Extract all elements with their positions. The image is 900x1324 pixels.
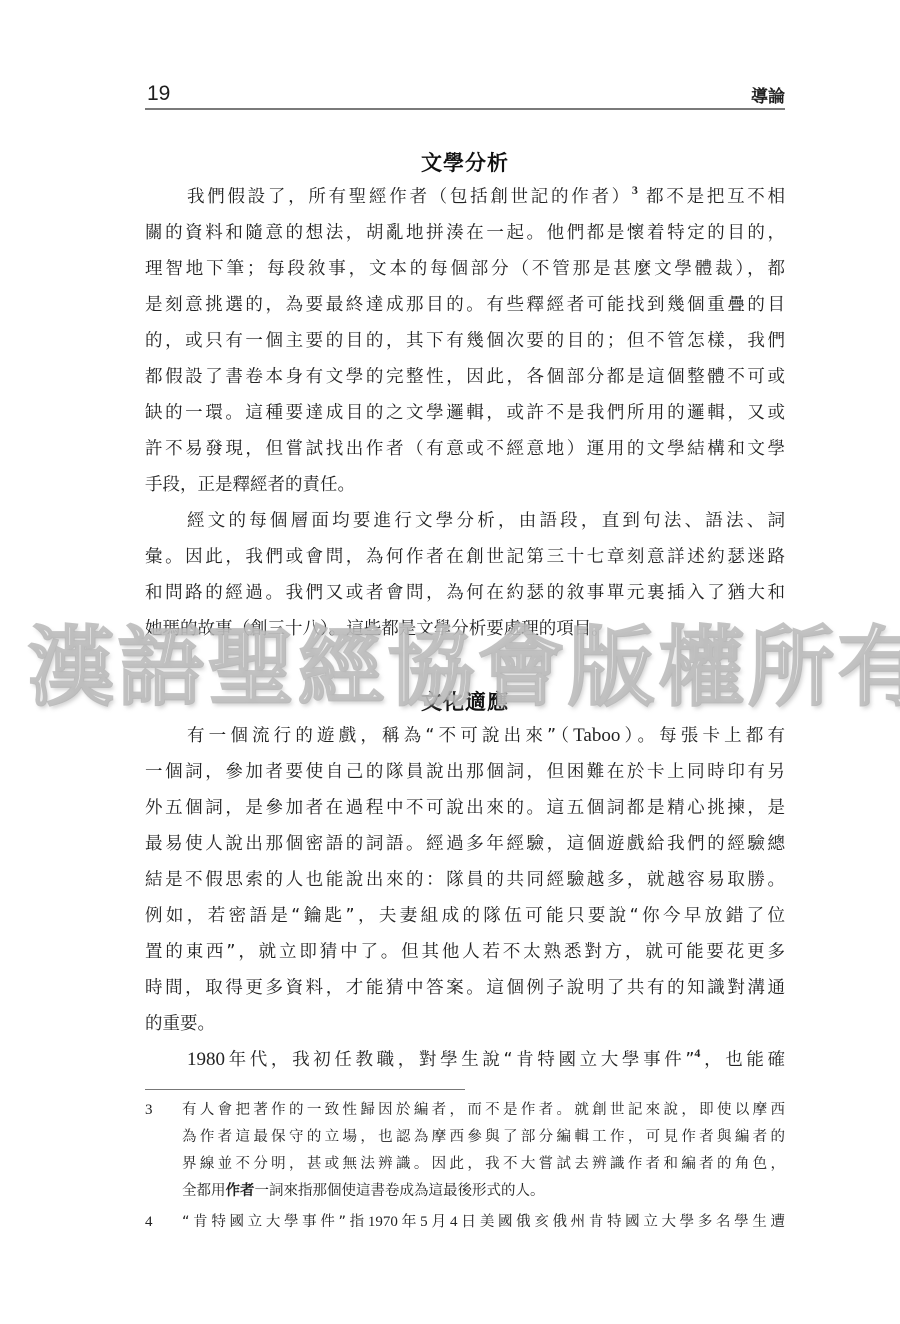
running-head: 導論 <box>751 82 785 107</box>
footnote-3: 3 有人會把著作的一致性歸因於編者，而不是作者。就創世記來說，即使以摩西 為作者… <box>145 1097 785 1205</box>
text-line: 例如，若密語是“鑰匙”，夫妻組成的隊伍可能只要說“你今早放錯了位 <box>145 898 785 934</box>
text-line: 經文的每個層面均要進行文學分析，由語段，直到句法、語法、詞 <box>145 503 785 539</box>
text-run: 全都用 <box>182 1183 226 1199</box>
text-line: 置的東西”，就立即猜中了。但其他人若不太熟悉對方，就可能要花更多 <box>145 934 785 970</box>
text-line: 是刻意挑選的，為要最終達成那目的。有些釋經者可能找到幾個重疊的目 <box>145 287 785 323</box>
text-line: 有一個流行的遊戲，稱為“不可說出來”（Taboo）。每張卡上都有 <box>145 718 785 754</box>
text-line: 缺的一環。這種要達成目的之文學邏輯，或許不是我們所用的邏輯，又或 <box>145 395 785 431</box>
date-text: 1970年5月4日 <box>368 1214 480 1230</box>
text-line: 我們假設了，所有聖經作者（包括創世記的作者）3 都不是把互不相 <box>145 179 785 215</box>
footnote-divider <box>145 1089 465 1090</box>
latin-term: Taboo <box>573 725 620 746</box>
text-line: 的，或只有一個主要的目的，其下有幾個次要的目的；但不管怎樣，我們 <box>145 323 785 359</box>
text-line: 一個詞，參加者要使自己的隊員說出那個詞，但困難在於卡上同時印有另 <box>145 754 785 790</box>
text-line: 彙。因此，我們或會問，為何作者在創世記第三十七章刻意詳述約瑟迷路 <box>145 539 785 575</box>
footnote-line: “肯特國立大學事件”指1970年5月4日美國俄亥俄州肯特國立大學多名學生遭 <box>182 1209 785 1236</box>
text-run: 美國俄亥俄州肯特國立大學多名學生遭 <box>480 1214 785 1230</box>
text-line: 理智地下筆；每段敘事，文本的每個部分（不管那是甚麼文學體裁），都 <box>145 251 785 287</box>
section-cultural-adaptation-body: 有一個流行的遊戲，稱為“不可說出來”（Taboo）。每張卡上都有 一個詞，參加者… <box>145 718 785 1078</box>
paragraph: 我們假設了，所有聖經作者（包括創世記的作者）3 都不是把互不相 關的資料和隨意的… <box>145 179 785 503</box>
text-line: 結是不假思索的人也能說出來的：隊員的共同經驗越多，就越容易取勝。 <box>145 862 785 898</box>
text-run: 年代，我初任教職，對學生說“肯特國立大學事件” <box>225 1050 694 1070</box>
text-run: 一詞來指那個使這書卷成為這最後形式的人。 <box>255 1183 545 1199</box>
year-text: 1980 <box>187 1049 225 1070</box>
text-line: 時間，取得更多資料，才能猜中答案。這個例子說明了共有的知識對溝通 <box>145 970 785 1006</box>
text-run: 有一個流行的遊戲，稱為“不可說出來”（ <box>187 726 573 746</box>
paragraph: 1980年代，我初任教職，對學生說“肯特國立大學事件”4，也能確 <box>145 1042 785 1078</box>
book-page: 19 導論 文學分析 我們假設了，所有聖經作者（包括創世記的作者）3 都不是把互… <box>145 0 785 1324</box>
text-line: 最易使人說出那個密語的詞語。經過多年經驗，這個遊戲給我們的經驗總 <box>145 826 785 862</box>
paragraph: 經文的每個層面均要進行文學分析，由語段，直到句法、語法、詞 彙。因此，我們或會問… <box>145 503 785 647</box>
text-run: ）。每張卡上都有 <box>620 726 785 746</box>
text-line: 的重要。 <box>145 1006 785 1042</box>
footnote-number: 4 <box>145 1209 153 1236</box>
page-number: 19 <box>147 82 170 106</box>
text-line: 她瑪的故事（創三十八）。這些都是文學分析要處理的項目。 <box>145 611 785 647</box>
text-line: 外五個詞，是參加者在過程中不可說出來的。這五個詞都是精心挑揀，是 <box>145 790 785 826</box>
footnote-line: 界線並不分明，甚或無法辨識。因此，我不大嘗試去辨識作者和編者的角色， <box>182 1151 785 1178</box>
text-run: ，也能確 <box>700 1050 785 1070</box>
paragraph: 有一個流行的遊戲，稱為“不可說出來”（Taboo）。每張卡上都有 一個詞，參加者… <box>145 718 785 1042</box>
emphasized-term: 作者 <box>226 1183 255 1199</box>
section-title-literary-analysis: 文學分析 <box>145 147 785 177</box>
page-header: 19 導論 <box>145 80 785 110</box>
text-line: 關的資料和隨意的想法，胡亂地拼湊在一起。他們都是懷着特定的目的， <box>145 215 785 251</box>
section-title-cultural-adaptation: 文化適應 <box>145 686 785 716</box>
text-line: 和問路的經過。我們又或者會問，為何在約瑟的敘事單元裏插入了猶大和 <box>145 575 785 611</box>
text-line: 許不易發現，但嘗試找出作者（有意或不經意地）運用的文學結構和文學 <box>145 431 785 467</box>
footnote-line: 有人會把著作的一致性歸因於編者，而不是作者。就創世記來說，即使以摩西 <box>182 1097 785 1124</box>
section-literary-analysis-body: 我們假設了，所有聖經作者（包括創世記的作者）3 都不是把互不相 關的資料和隨意的… <box>145 179 785 647</box>
text-run: “肯特國立大學事件”指 <box>182 1214 368 1230</box>
text-run: 我們假設了，所有聖經作者（包括創世記的作者） <box>187 187 632 207</box>
footnote-line: 全都用作者一詞來指那個使這書卷成為這最後形式的人。 <box>182 1178 785 1205</box>
text-run: 都不是把互不相 <box>638 187 785 207</box>
text-line: 都假設了書卷本身有文學的完整性，因此，各個部分都是這個整體不可或 <box>145 359 785 395</box>
text-line: 手段，正是釋經者的責任。 <box>145 467 785 503</box>
footnote-line: 為作者這最保守的立場，也認為摩西參與了部分編輯工作，可見作者與編者的 <box>182 1124 785 1151</box>
text-line: 1980年代，我初任教職，對學生說“肯特國立大學事件”4，也能確 <box>145 1042 785 1078</box>
footnote-number: 3 <box>145 1097 153 1124</box>
footnotes: 3 有人會把著作的一致性歸因於編者，而不是作者。就創世記來說，即使以摩西 為作者… <box>145 1097 785 1236</box>
footnote-4: 4 “肯特國立大學事件”指1970年5月4日美國俄亥俄州肯特國立大學多名學生遭 <box>145 1209 785 1236</box>
